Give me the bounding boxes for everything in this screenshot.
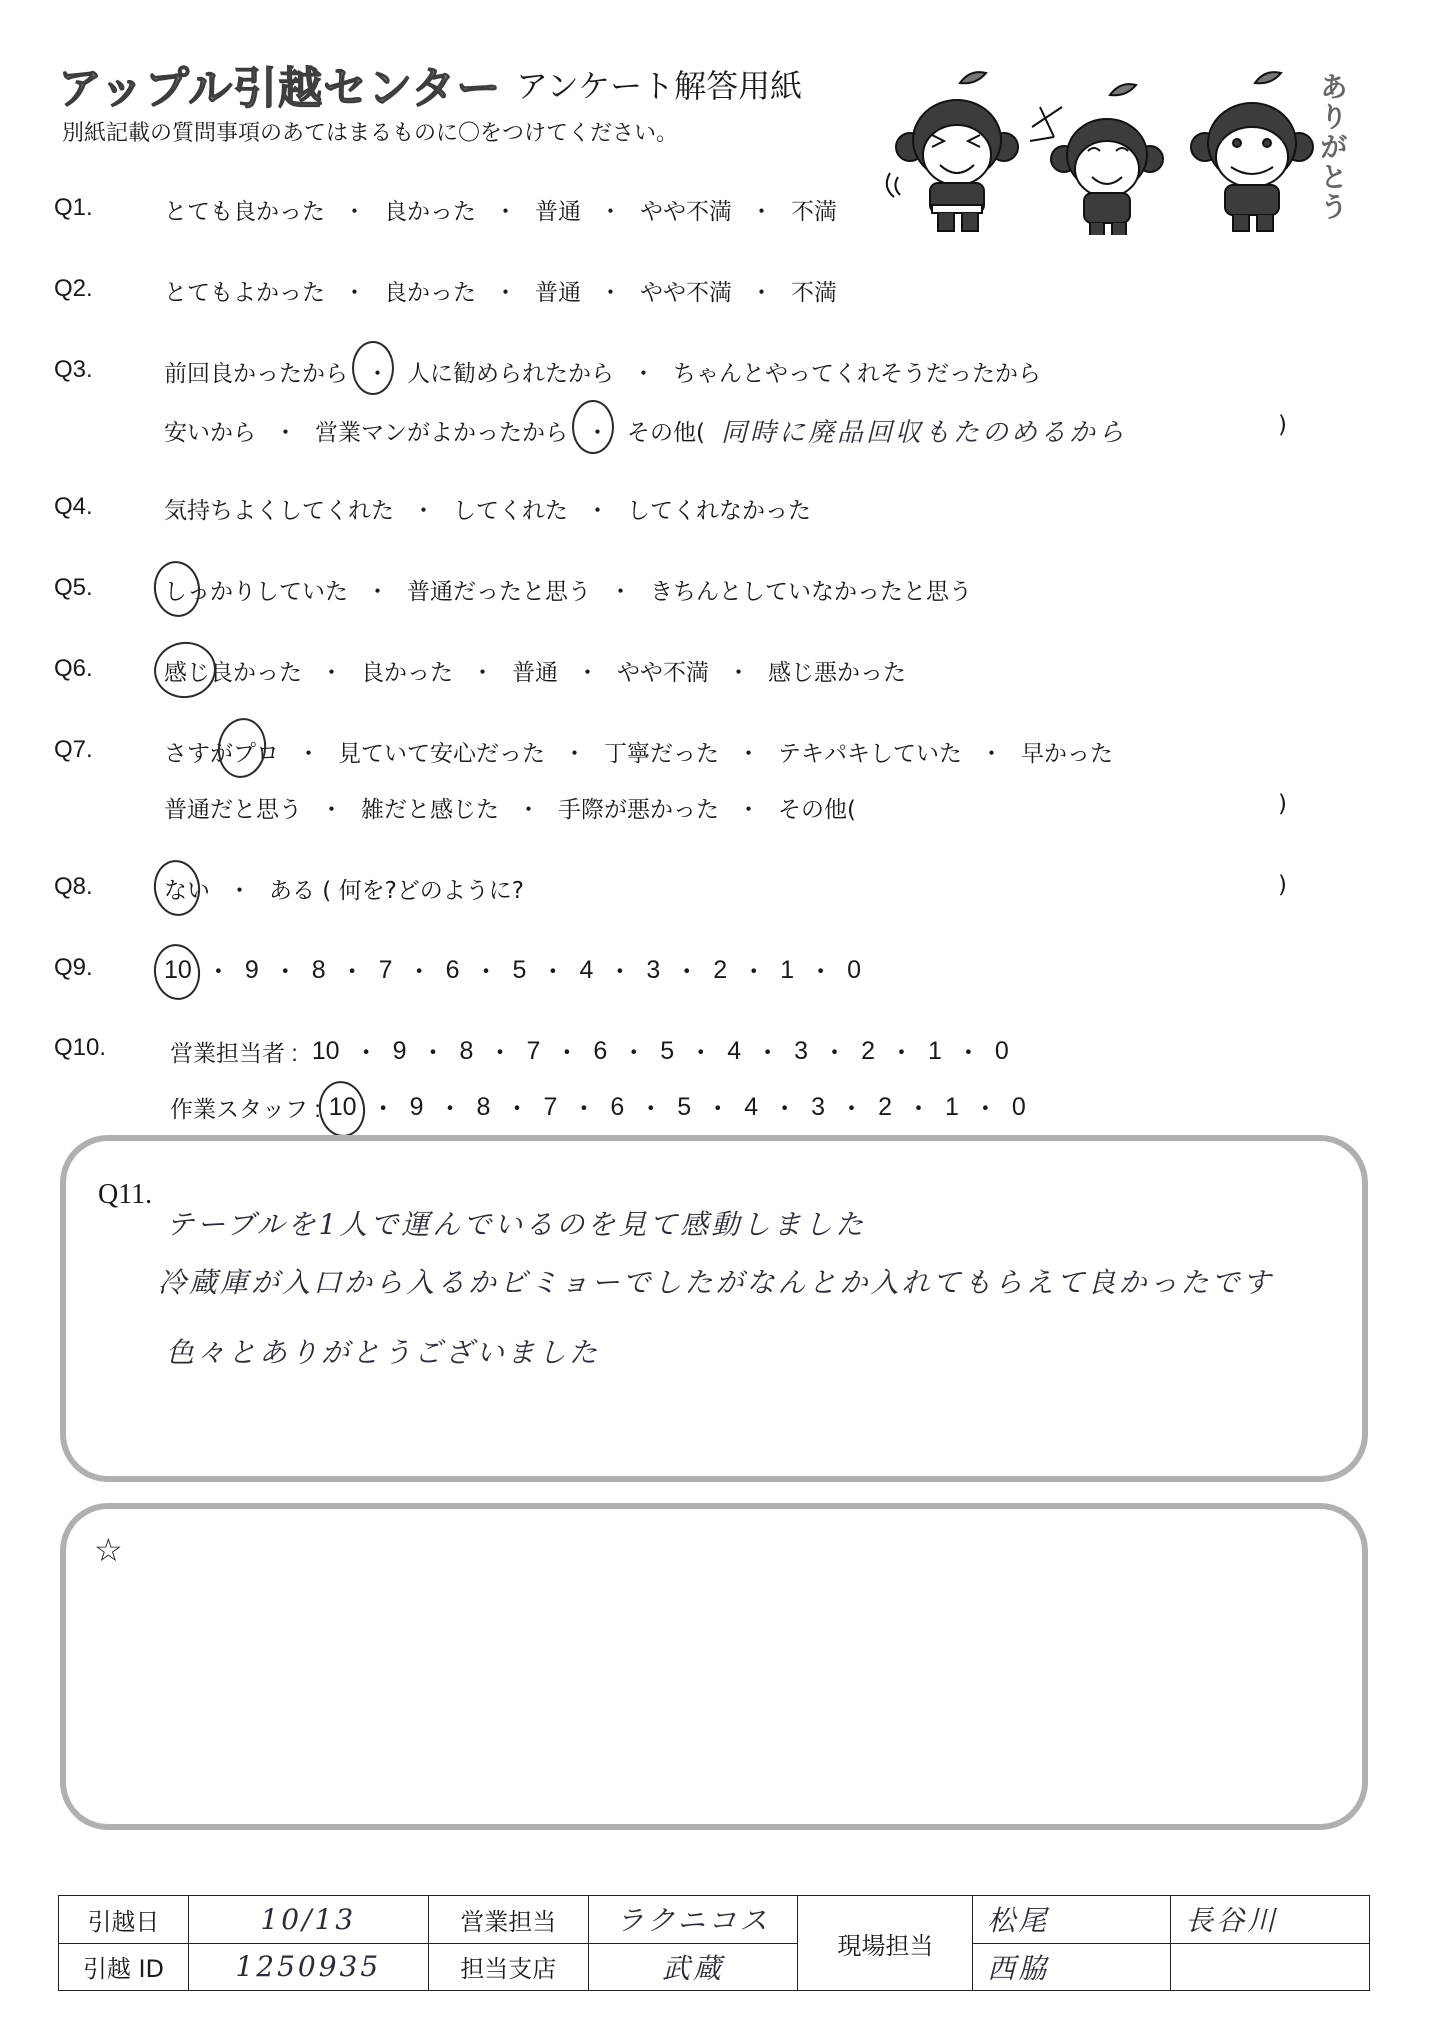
q10-sales-label: 営業担当者 : xyxy=(170,1035,298,1068)
q4-option[interactable]: してくれなかった xyxy=(625,492,813,525)
q10-staff-score[interactable]: 7 xyxy=(541,1093,559,1122)
q9-score[interactable]: 1 xyxy=(778,956,796,985)
move-id-value[interactable]: 1250935 xyxy=(188,1943,428,1991)
question-label-q1: Q1. xyxy=(54,194,93,222)
q2-option[interactable]: 良かった xyxy=(382,274,478,307)
star-icon: ☆ xyxy=(94,1531,123,1569)
q10-staff-score[interactable]: 0 xyxy=(1010,1093,1028,1122)
site-staff-2[interactable]: 長谷川 xyxy=(1171,1896,1370,1944)
q4-option[interactable]: 気持ちよくしてくれた xyxy=(162,492,396,525)
q3-option-other[interactable]: その他( xyxy=(625,414,707,447)
q10-sales-score[interactable]: 9 xyxy=(391,1037,409,1066)
q3-option-selected[interactable]: 人に勧められたから xyxy=(405,355,616,388)
q10-staff-score[interactable]: 5 xyxy=(675,1093,693,1122)
sales-rep-label: 営業担当 xyxy=(428,1896,588,1944)
q10-sales-scale: 営業担当者 : 10・ 9・ 8・ 7・ 6・ 5・ 4・ 3・ 2・ 1・ 0 xyxy=(170,1033,1011,1069)
q1-option[interactable]: 良かった xyxy=(382,193,478,226)
q9-score[interactable]: 9 xyxy=(243,956,261,985)
q3-option[interactable]: 安いから xyxy=(162,414,258,447)
q7-options-line2: 普通だと思う・ 雑だと感じた・ 手際が悪かった・ その他( xyxy=(162,791,858,824)
q2-option[interactable]: とてもよかった xyxy=(162,274,327,307)
question-label-q8: Q8. xyxy=(54,873,93,901)
q6-option-selected[interactable]: 感じ良かった xyxy=(162,654,304,687)
question-label-q7: Q7. xyxy=(54,736,93,764)
q5-option[interactable]: きちんとしていなかったと思う xyxy=(648,573,974,606)
mascot-wink-icon xyxy=(887,72,1018,231)
q10-staff-score[interactable]: 8 xyxy=(475,1093,493,1122)
q10-staff-score[interactable]: 6 xyxy=(608,1093,626,1122)
q7-option[interactable]: 早かった xyxy=(1019,735,1115,768)
q9-score[interactable]: 5 xyxy=(511,956,529,985)
move-id-label: 引越 ID xyxy=(59,1943,189,1991)
branch-value[interactable]: 武蔵 xyxy=(588,1943,798,1991)
monkey-mascots-illustration xyxy=(880,55,1340,235)
q3-option[interactable]: ちゃんとやってくれそうだったから xyxy=(671,355,1043,388)
q2-option[interactable]: 不満 xyxy=(789,274,839,307)
q9-score[interactable]: 2 xyxy=(711,956,729,985)
question-label-q5: Q5. xyxy=(54,574,93,602)
q7-option[interactable]: テキパキしていた xyxy=(776,735,964,768)
move-info-table: 引越日 10/13 営業担当 ラクニコス 現場担当 松尾 長谷川 引越 ID 1… xyxy=(58,1895,1370,1991)
q9-score[interactable]: 7 xyxy=(377,956,395,985)
q10-staff-label: 作業スタッフ : xyxy=(170,1091,321,1124)
q11-comment-line: 冷蔵庫が入口から入るかビミョーでしたがなんとか入れてもらえて良かったです xyxy=(158,1261,1273,1301)
q10-sales-score[interactable]: 2 xyxy=(859,1037,877,1066)
q7-option[interactable]: 見ていて安心だった xyxy=(336,735,547,768)
q8-close-paren: ) xyxy=(1278,872,1287,898)
sales-rep-value[interactable]: ラクニコス xyxy=(588,1896,798,1944)
question-label-q4: Q4. xyxy=(54,493,93,521)
company-logo-title: アップル引越センター xyxy=(58,52,501,116)
q9-score-selected[interactable]: 10 xyxy=(162,956,194,985)
q3-circled-mark: ・ xyxy=(350,355,405,388)
question-label-q10: Q10. xyxy=(54,1034,106,1062)
q3-option[interactable]: 前回良かったから xyxy=(162,355,350,388)
star-notes-box[interactable]: ☆ xyxy=(60,1503,1368,1830)
branch-label: 担当支店 xyxy=(428,1943,588,1991)
mascot-smile-icon xyxy=(1191,72,1313,231)
question-label-q2: Q2. xyxy=(54,275,93,303)
q3-close-paren: ) xyxy=(1278,412,1287,438)
q10-sales-score[interactable]: 8 xyxy=(458,1037,476,1066)
q8-option-selected[interactable]: ない xyxy=(162,872,212,905)
q4-option[interactable]: してくれた xyxy=(451,492,570,525)
q1-option[interactable]: とても良かった xyxy=(162,193,327,226)
mascot-laugh-icon xyxy=(1030,84,1163,235)
q4-options: 気持ちよくしてくれた・ してくれた・ してくれなかった xyxy=(162,492,813,525)
q2-option[interactable]: 普通 xyxy=(533,274,583,307)
site-staff-label: 現場担当 xyxy=(798,1896,973,1991)
q10-sales-score[interactable]: 3 xyxy=(792,1037,810,1066)
q5-option-selected[interactable]: しっかりしていた xyxy=(162,573,350,606)
q3-circled-mark: ・ xyxy=(570,414,625,447)
q6-option[interactable]: 良かった xyxy=(359,654,455,687)
site-staff-1[interactable]: 松尾 xyxy=(973,1896,1171,1944)
q7-option[interactable]: 普通だと思う xyxy=(162,791,304,824)
q3-option[interactable]: 営業マンがよかったから xyxy=(313,414,570,447)
site-staff-3[interactable]: 西脇 xyxy=(973,1943,1171,1991)
thank-you-caption: ありがとう xyxy=(1312,72,1352,222)
q6-option[interactable]: 感じ悪かった xyxy=(766,654,908,687)
q10-sales-score[interactable]: 5 xyxy=(658,1037,676,1066)
q10-sales-score[interactable]: 4 xyxy=(725,1037,743,1066)
q9-score[interactable]: 6 xyxy=(444,956,462,985)
q10-staff-scale: 作業スタッフ : 10・ 9・ 8・ 7・ 6・ 5・ 4・ 3・ 2・ 1・ … xyxy=(170,1089,1028,1125)
q7-close-paren: ) xyxy=(1278,791,1287,817)
q7-options-line1: さすがプロ・ 見ていて安心だった・ 丁寧だった・ テキパキしていた・ 早かった xyxy=(162,735,1115,768)
q10-staff-score-selected[interactable]: 10 xyxy=(327,1093,359,1122)
question-label-q6: Q6. xyxy=(54,655,93,683)
q10-sales-score[interactable]: 1 xyxy=(926,1037,944,1066)
q7-option-other[interactable]: その他( xyxy=(776,791,858,824)
q10-staff-score[interactable]: 9 xyxy=(408,1093,426,1122)
q10-staff-score[interactable]: 1 xyxy=(943,1093,961,1122)
q10-staff-score[interactable]: 2 xyxy=(876,1093,894,1122)
question-label-q9: Q9. xyxy=(54,954,93,982)
instruction-text: 別紙記載の質問事項のあてはまるものに〇をつけてください。 xyxy=(62,116,678,147)
q11-label: Q11. xyxy=(98,1179,152,1211)
q10-sales-score[interactable]: 6 xyxy=(591,1037,609,1066)
q1-options: とても良かった・ 良かった・ 普通・ やや不満・ 不満 xyxy=(162,193,839,226)
q1-option[interactable]: やや不満 xyxy=(638,193,734,226)
q8-option[interactable]: ある ( 何を?どのように? xyxy=(267,872,526,905)
q8-options: ない・ ある ( 何を?どのように? xyxy=(162,872,526,905)
q7-option[interactable]: 丁寧だった xyxy=(602,735,721,768)
q5-option[interactable]: 普通だったと思う xyxy=(405,573,593,606)
move-date-value[interactable]: 10/13 xyxy=(188,1896,428,1944)
q10-sales-score[interactable]: 7 xyxy=(524,1037,542,1066)
q6-option[interactable]: 普通 xyxy=(510,654,560,687)
q3-options-line1: 前回良かったから・ 人に勧められたから・ ちゃんとやってくれそうだったから xyxy=(162,355,1043,388)
q7-option[interactable]: 雑だと感じた xyxy=(359,791,501,824)
q10-staff-score[interactable]: 3 xyxy=(809,1093,827,1122)
q10-staff-score[interactable]: 4 xyxy=(742,1093,760,1122)
q5-options: しっかりしていた・ 普通だったと思う・ きちんとしていなかったと思う xyxy=(162,573,974,606)
q11-comment-line: テーブルを1人で運んでいるのを見て感動しました xyxy=(166,1203,866,1243)
q1-option[interactable]: 普通 xyxy=(533,193,583,226)
q7-selection-circle xyxy=(214,715,270,781)
move-date-label: 引越日 xyxy=(59,1896,189,1944)
question-label-q3: Q3. xyxy=(54,356,93,384)
q2-options: とてもよかった・ 良かった・ 普通・ やや不満・ 不満 xyxy=(162,274,839,307)
q10-sales-score[interactable]: 0 xyxy=(993,1037,1011,1066)
q6-options: 感じ良かった・ 良かった・ 普通・ やや不満・ 感じ悪かった xyxy=(162,654,908,687)
q11-comment-line: 色々とありがとうございました xyxy=(166,1331,600,1371)
q10-sales-score[interactable]: 10 xyxy=(310,1037,342,1066)
q3-other-handwritten[interactable]: 同時に廃品回収もたのめるから xyxy=(721,412,1127,449)
q9-score[interactable]: 4 xyxy=(577,956,595,985)
q11-comment-box[interactable]: Q11. テーブルを1人で運んでいるのを見て感動しました 冷蔵庫が入口から入るか… xyxy=(60,1135,1368,1482)
q3-options-line2: 安いから・ 営業マンがよかったから・ その他( 同時に廃品回収もたのめるから xyxy=(162,412,1127,449)
q9-score[interactable]: 3 xyxy=(644,956,662,985)
q9-score[interactable]: 8 xyxy=(310,956,328,985)
site-staff-4[interactable] xyxy=(1171,1943,1370,1991)
q2-option[interactable]: やや不満 xyxy=(638,274,734,307)
q9-scale: 10・ 9・ 8・ 7・ 6・ 5・ 4・ 3・ 2・ 1・ 0 xyxy=(162,952,863,988)
q1-option[interactable]: 不満 xyxy=(789,193,839,226)
q6-option[interactable]: やや不満 xyxy=(615,654,711,687)
q7-option[interactable]: 手際が悪かった xyxy=(556,791,721,824)
form-title: アンケート解答用紙 xyxy=(516,61,802,107)
q9-score[interactable]: 0 xyxy=(845,956,863,985)
